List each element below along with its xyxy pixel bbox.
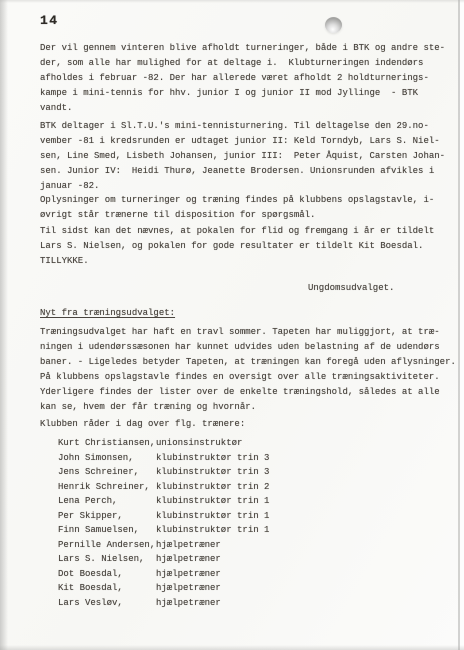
- trainer-role: klubinstruktør trin 1: [156, 523, 269, 538]
- section-heading-training-committee: Nyt fra træningsudvalget:: [40, 306, 175, 321]
- trainer-name: Dot Boesdal,: [58, 567, 156, 582]
- trainer-name: Per Skipper,: [58, 509, 156, 524]
- trainer-role: klubinstruktør trin 2: [156, 480, 269, 495]
- paragraph-training-committee: Træningsudvalget har haft en travl somme…: [40, 325, 456, 415]
- trainer-name: Henrik Schreiner,: [58, 480, 156, 495]
- trainer-name: Lena Perch,: [58, 494, 156, 509]
- paragraph-noticeboard-info: Oplysninger om turneringer og træning fi…: [40, 193, 434, 223]
- trainer-row: John Simonsen, klubinstruktør trin 3: [58, 451, 269, 466]
- trainer-row: Kit Boesdal, hjælpetræner: [58, 581, 269, 596]
- trainer-name: Lars Vesløv,: [58, 596, 156, 611]
- signature-youth-committee: Ungdomsudvalget.: [308, 281, 394, 296]
- trainer-role: klubinstruktør trin 1: [156, 494, 269, 509]
- trainer-name: John Simonsen,: [58, 451, 156, 466]
- paragraph-winter-tournaments: Der vil gennem vinteren blive afholdt tu…: [40, 41, 445, 116]
- trainer-name: Kit Boesdal,: [58, 581, 156, 596]
- trainer-row: Henrik Schreiner, klubinstruktør trin 2: [58, 480, 269, 495]
- trainer-row: Lena Perch, klubinstruktør trin 1: [58, 494, 269, 509]
- trainer-row: Dot Boesdal, hjælpetræner: [58, 567, 269, 582]
- trainer-row: Finn Samuelsen, klubinstruktør trin 1: [58, 523, 269, 538]
- paragraph-sltu-minitennis: BTK deltager i Sl.T.U.'s mini-tennisturn…: [40, 119, 445, 194]
- trainer-role: unionsinstruktør: [156, 436, 242, 451]
- trainer-role: klubinstruktør trin 1: [156, 509, 269, 524]
- trainer-name: Pernille Andersen,: [58, 538, 156, 553]
- trainer-name: Kurt Christiansen,: [58, 436, 156, 451]
- trainer-role: hjælpetræner: [156, 581, 221, 596]
- paper-right-margin: [460, 0, 464, 650]
- scan-shadow-left: [0, 0, 8, 650]
- page-number: 14: [40, 13, 59, 28]
- trainer-row: Lars S. Nielsen, hjælpetræner: [58, 552, 269, 567]
- trainer-row: Lars Vesløv, hjælpetræner: [58, 596, 269, 611]
- punch-hole-icon: [325, 17, 342, 33]
- trainer-list: Kurt Christiansen, unionsinstruktør John…: [58, 436, 269, 610]
- trainer-list-intro: Klubben råder i dag over flg. trænere:: [40, 417, 245, 432]
- paragraph-trophies: Til sidst kan det nævnes, at pokalen for…: [40, 224, 434, 269]
- trainer-role: klubinstruktør trin 3: [156, 451, 269, 466]
- trainer-role: hjælpetræner: [156, 596, 221, 611]
- trainer-role: klubinstruktør trin 3: [156, 465, 269, 480]
- scan-shadow-top: [0, 0, 464, 3]
- page-edge-line: [458, 0, 460, 650]
- scan-shadow-bottom: [0, 645, 464, 650]
- trainer-name: Jens Schreiner,: [58, 465, 156, 480]
- trainer-row: Pernille Andersen, hjælpetræner: [58, 538, 269, 553]
- scanned-newsletter-page: 14 Der vil gennem vinteren blive afholdt…: [0, 0, 464, 650]
- trainer-row: Kurt Christiansen, unionsinstruktør: [58, 436, 269, 451]
- trainer-row: Jens Schreiner, klubinstruktør trin 3: [58, 465, 269, 480]
- trainer-name: Finn Samuelsen,: [58, 523, 156, 538]
- trainer-role: hjælpetræner: [156, 552, 221, 567]
- trainer-role: hjælpetræner: [156, 567, 221, 582]
- trainer-name: Lars S. Nielsen,: [58, 552, 156, 567]
- trainer-role: hjælpetræner: [156, 538, 221, 553]
- trainer-row: Per Skipper, klubinstruktør trin 1: [58, 509, 269, 524]
